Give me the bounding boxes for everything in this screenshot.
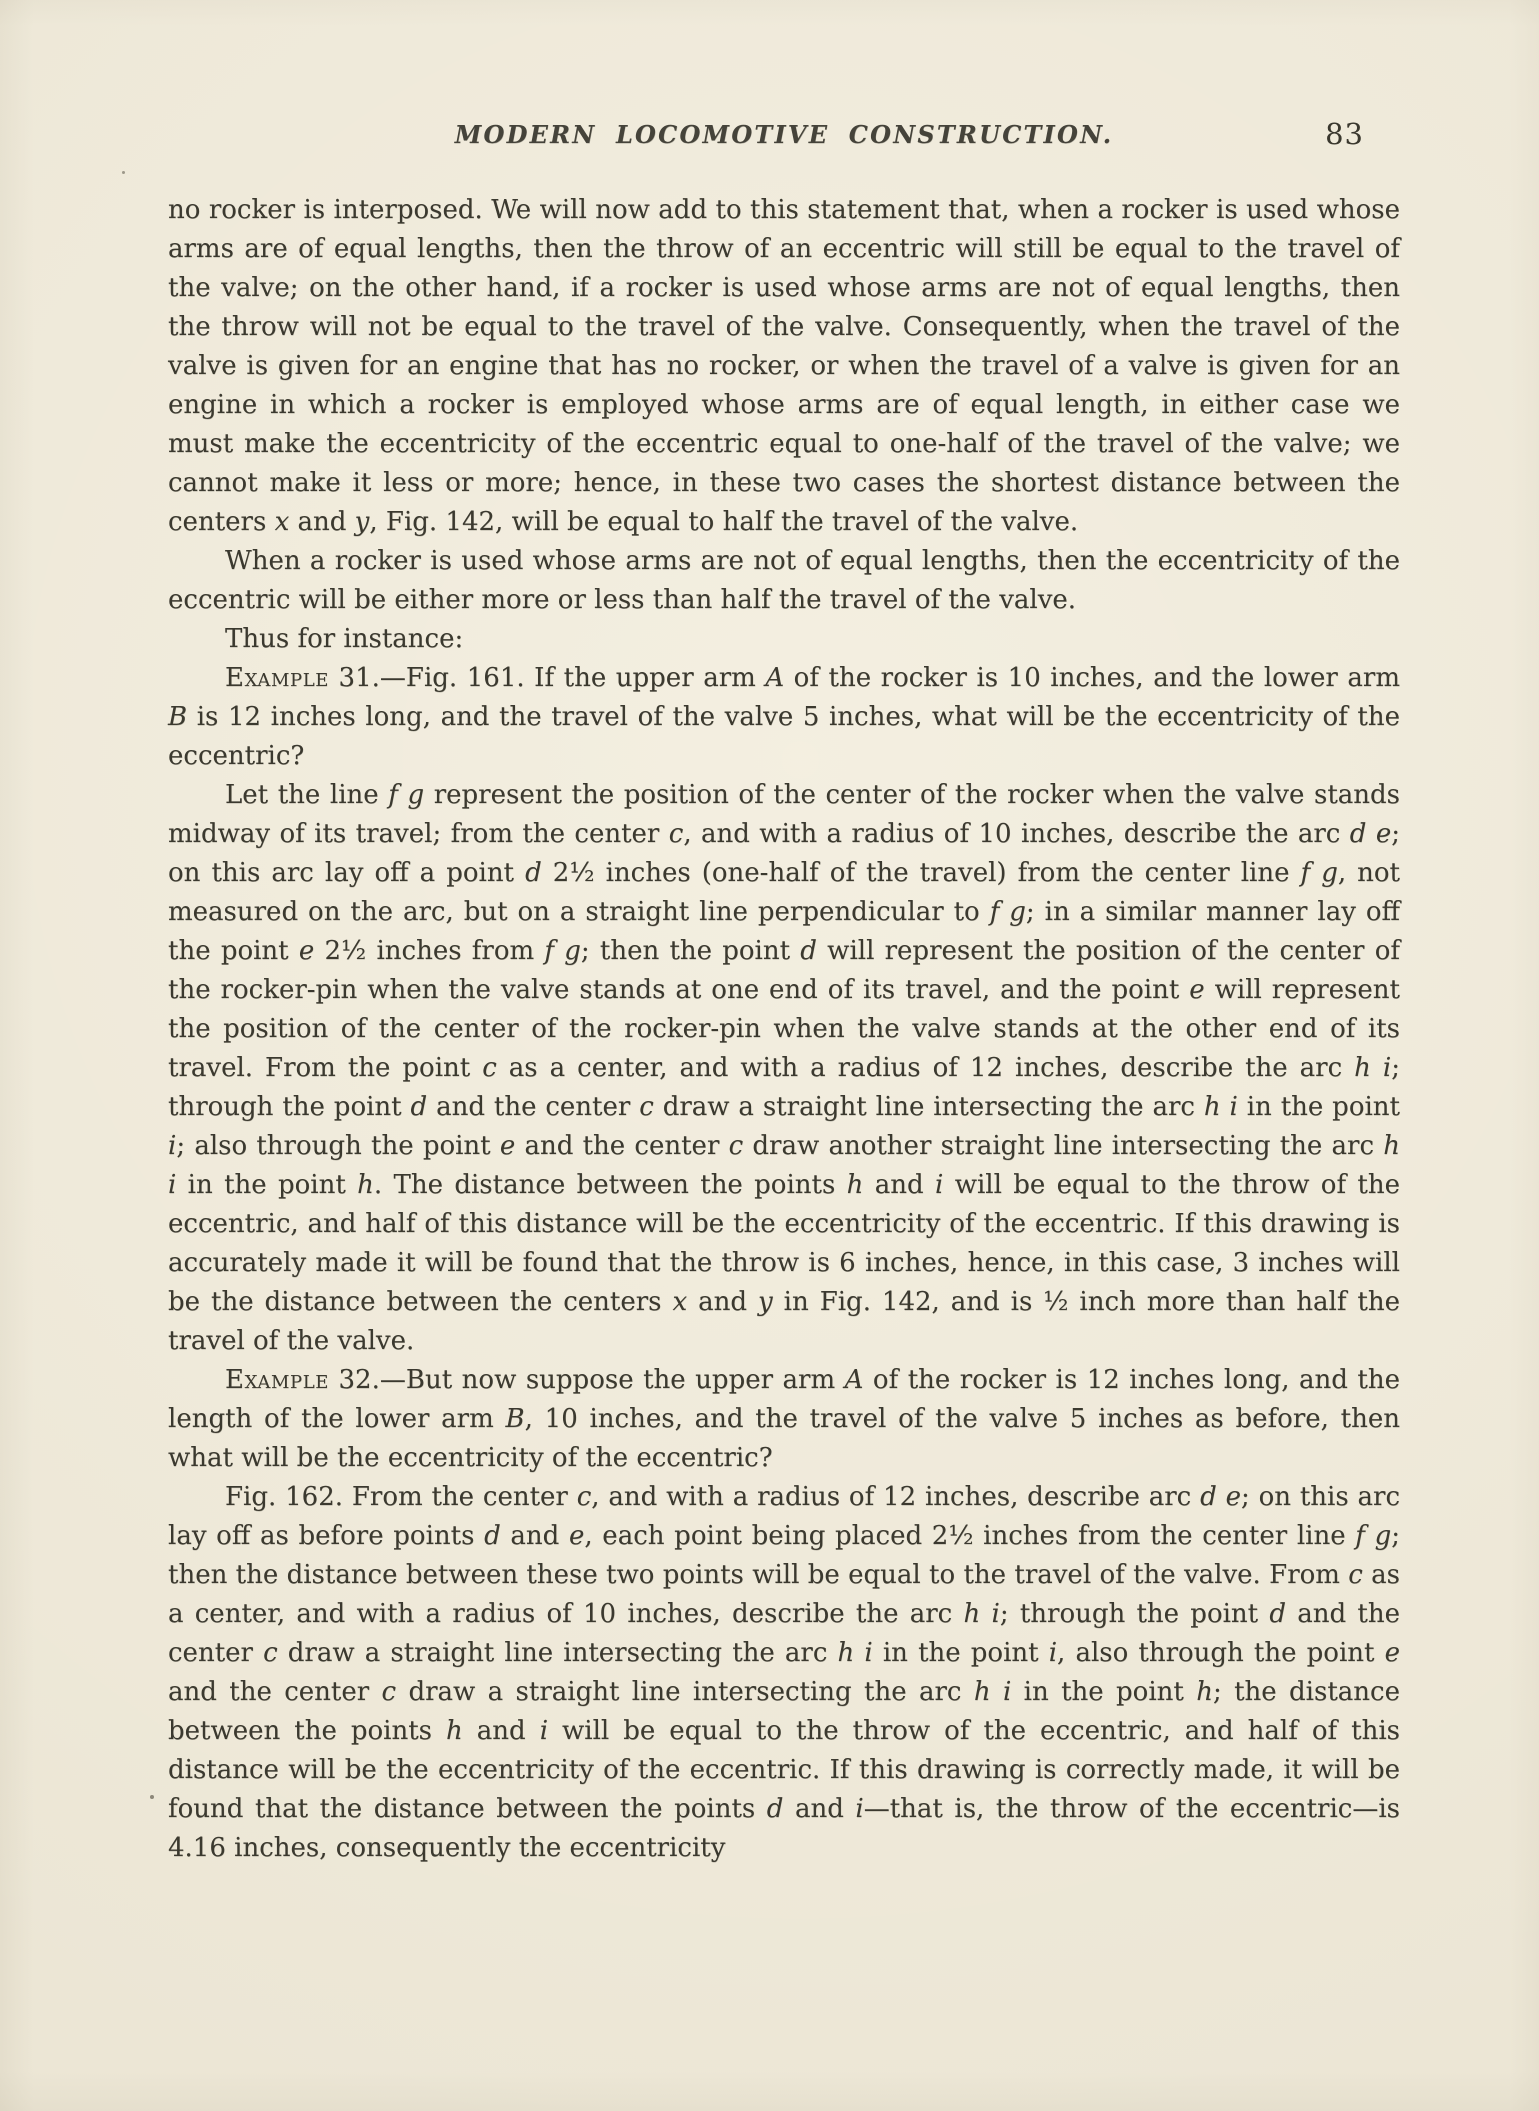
paragraph-example-31-solution: Let the line f g represent the position … <box>168 776 1400 1361</box>
ink-speck <box>150 1795 154 1799</box>
page-body: no rocker is interposed. We will now add… <box>168 191 1400 1868</box>
running-title: MODERN LOCOMOTIVE CONSTRUCTION. <box>168 120 1400 149</box>
paragraph-unequal-arms: When a rocker is used whose arms are not… <box>168 542 1400 620</box>
scanned-page: MODERN LOCOMOTIVE CONSTRUCTION. 83 no ro… <box>0 0 1539 2111</box>
paragraph-thus-for-instance: Thus for instance: <box>168 620 1400 659</box>
ink-speck <box>122 171 125 174</box>
paragraph-example-32-solution: Fig. 162. From the center c, and with a … <box>168 1478 1400 1868</box>
paragraph-intro-continuation: no rocker is interposed. We will now add… <box>168 191 1400 542</box>
page-header: MODERN LOCOMOTIVE CONSTRUCTION. 83 <box>168 120 1400 166</box>
page-number: 83 <box>1325 117 1364 151</box>
paragraph-example-32: Example 32.—But now suppose the upper ar… <box>168 1361 1400 1478</box>
paragraph-example-31: Example 31.—Fig. 161. If the upper arm A… <box>168 659 1400 776</box>
